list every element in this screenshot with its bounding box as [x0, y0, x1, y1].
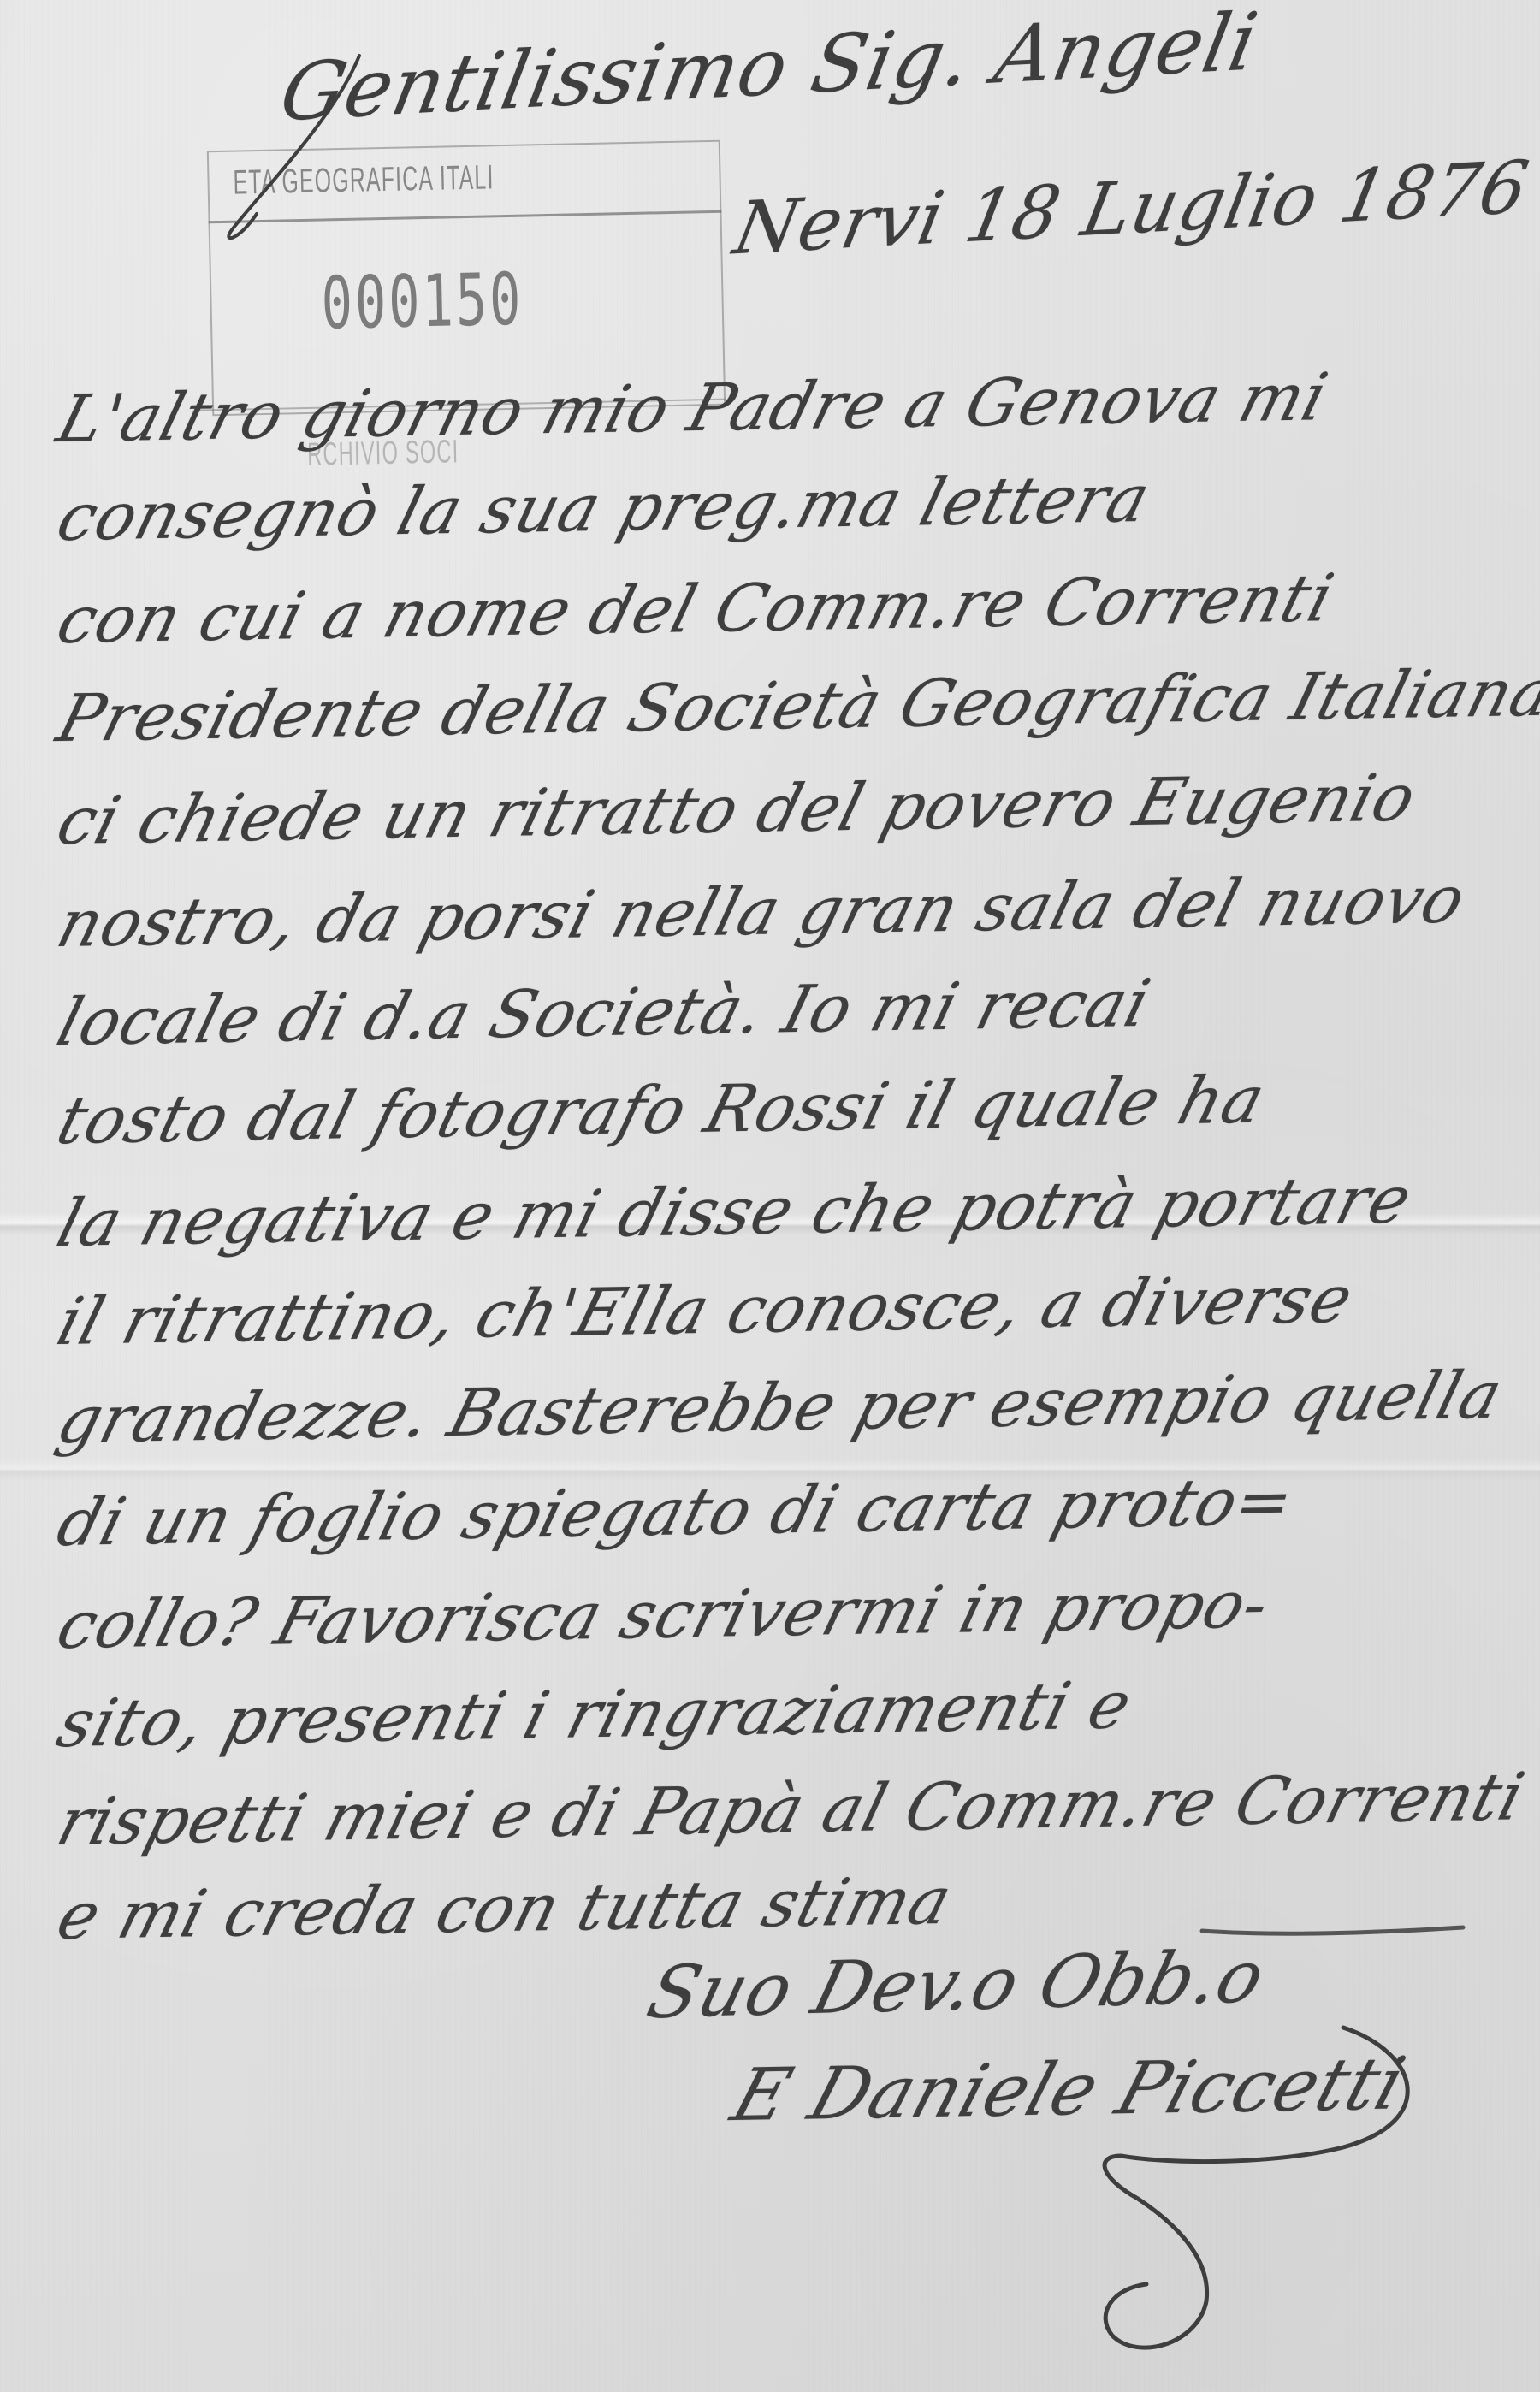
body-line-14: sito, presenti i ringraziamenti e: [50, 1667, 1140, 1761]
signature-flourish: [1061, 2019, 1454, 2378]
letter-page: ETA GEOGRAFICA ITALI 000150 RCHIVIO SOCI…: [0, 0, 1540, 2392]
letter-dateline: Nervi 18 Luglio 1876: [727, 145, 1535, 271]
body-line-10: il ritrattino, ch'Ella conosce, a divers…: [50, 1260, 1361, 1359]
body-line-4: Presidente della Società Geografica Ital…: [50, 654, 1540, 756]
body-line-5: ci chiede un ritratto del povero Eugenio: [50, 759, 1424, 859]
body-line-2: consegnò la sua preg.ma lettera: [50, 460, 1158, 556]
body-line-13: collo? Favorisca scrivermi in propo-: [50, 1566, 1278, 1663]
salutation-capital-flourish: [205, 51, 428, 240]
body-line-15: rispetti miei e di Papà al Comm.re Corre…: [50, 1758, 1533, 1860]
body-line-6: nostro, da porsi nella gran sala del nuo…: [50, 861, 1474, 962]
body-line-3: con cui a nome del Comm.re Correnti: [50, 560, 1342, 658]
body-line-7: locale di d.a Società. Io mi recai: [50, 965, 1158, 1061]
body-line-9: la negativa e mi disse che potrà portare: [50, 1161, 1420, 1261]
stamp-archive-number: 000150: [321, 258, 524, 346]
body-line-11: grandezze. Basterebbe per esempio quella: [50, 1356, 1511, 1458]
body-line-8: tosto dal fotografo Rossi il quale ha: [50, 1061, 1273, 1158]
body-line-16: e mi creda con tutta stima: [50, 1862, 960, 1955]
